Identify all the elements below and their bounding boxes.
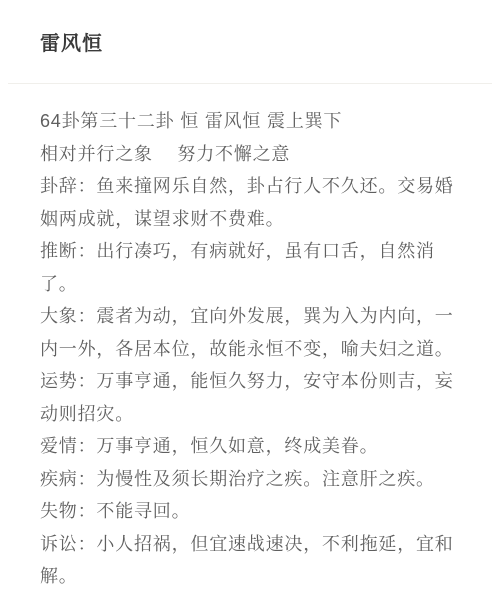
section-body: 万事亨通，能恒久努力，安守本份则吉，妄动则招灾。 — [40, 371, 454, 424]
section-body: 小人招祸，但宜速战速决，不利拖延，宜和解。 — [40, 534, 454, 587]
page-title: 雷风恒 — [40, 30, 460, 58]
section-susong: 诉讼：小人招祸，但宜速战速决，不利拖延，宜和解。 — [40, 528, 460, 593]
section-body: 万事亨通，恒久如意，终成美眷。 — [96, 436, 378, 456]
section-guaci: 卦辞：鱼来撞网乐自然，卦占行人不久还。交易婚姻两成就，谋望求财不费难。 — [40, 170, 460, 235]
section-body: 出行凑巧，有病就好，虽有口舌，自然消了。 — [40, 241, 435, 294]
hexagram-index-line: 64卦第三十二卦 恒 雷风恒 震上巽下 — [40, 105, 460, 138]
section-label: 大象： — [40, 306, 96, 326]
section-daxiang: 大象：震者为动，宜向外发展，巽为入为内向，一内一外，各居本位，故能永恒不变，喻夫… — [40, 300, 460, 365]
section-shiwu: 失物：不能寻回。 — [40, 495, 460, 528]
section-label: 疾病： — [40, 469, 96, 489]
section-label: 推断： — [40, 241, 96, 261]
section-body: 鱼来撞网乐自然，卦占行人不久还。交易婚姻两成就，谋望求财不费难。 — [40, 176, 454, 229]
section-aiqing: 爱情：万事亨通，恒久如意，终成美眷。 — [40, 430, 460, 463]
hexagram-article-page: 雷风恒 64卦第三十二卦 恒 雷风恒 震上巽下 相对并行之象 努力不懈之意 卦辞… — [0, 0, 500, 598]
section-label: 爱情： — [40, 436, 96, 456]
title-divider — [8, 83, 492, 84]
section-label: 诉讼： — [40, 534, 96, 554]
section-tuiduan: 推断：出行凑巧，有病就好，虽有口舌，自然消了。 — [40, 235, 460, 300]
section-body: 为慢性及须长期治疗之疾。注意肝之疾。 — [96, 469, 434, 489]
hexagram-imagery-line: 相对并行之象 努力不懈之意 — [40, 138, 460, 171]
section-body: 震者为动，宜向外发展，巽为入为内向，一内一外，各居本位，故能永恒不变，喻夫妇之道… — [40, 306, 454, 359]
section-label: 运势： — [40, 371, 96, 391]
section-label: 失物： — [40, 501, 96, 521]
article-content: 64卦第三十二卦 恒 雷风恒 震上巽下 相对并行之象 努力不懈之意 卦辞：鱼来撞… — [40, 105, 460, 593]
section-label: 卦辞： — [40, 176, 96, 196]
section-yunshi: 运势：万事亨通，能恒久努力，安守本份则吉，妄动则招灾。 — [40, 365, 460, 430]
section-jibing: 疾病：为慢性及须长期治疗之疾。注意肝之疾。 — [40, 463, 460, 496]
section-body: 不能寻回。 — [96, 501, 190, 521]
